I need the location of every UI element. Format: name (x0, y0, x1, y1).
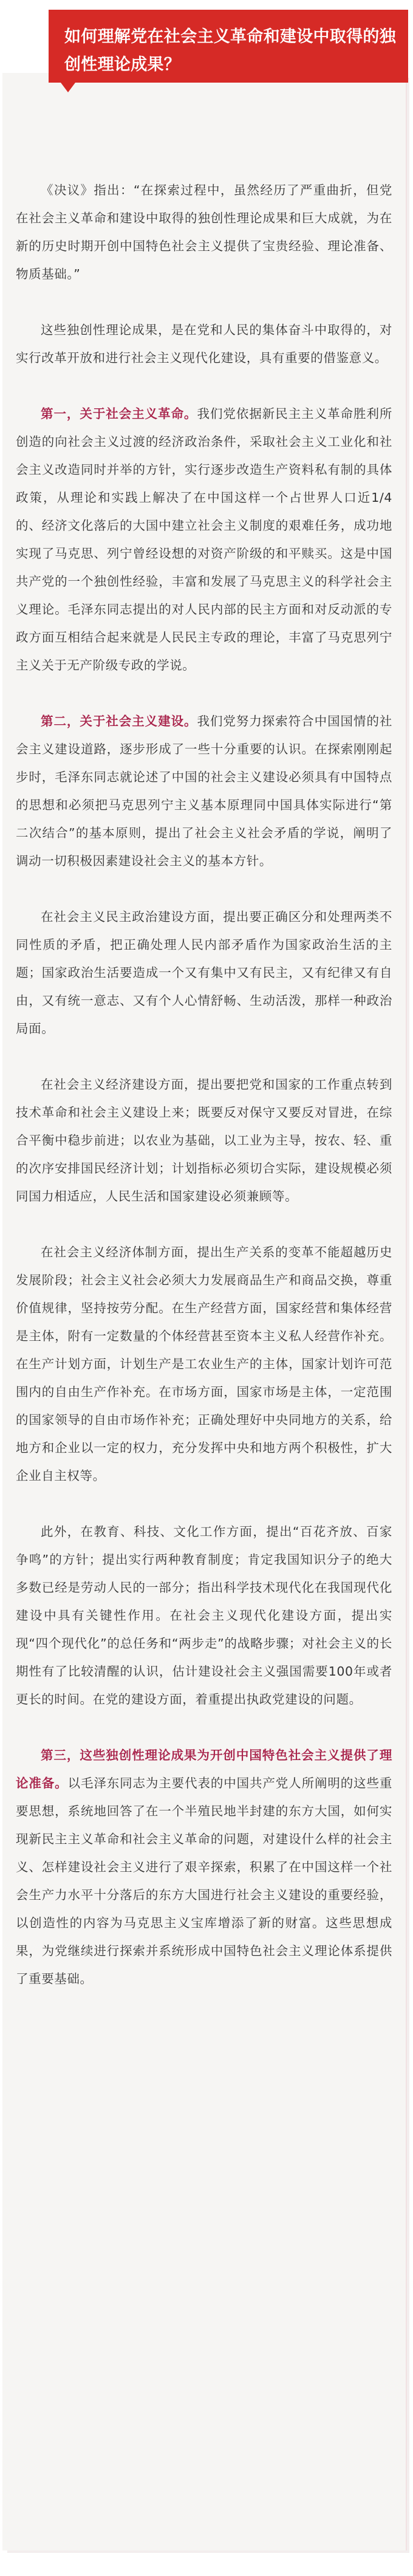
paragraph-text: 以毛泽东同志为主要代表的中国共产党人所阐明的这些重要思想，系统地回答了在一个半殖… (16, 1776, 392, 1986)
paragraph-economic-system: 在社会主义经济体制方面，提出生产关系的变革不能超越历史发展阶段；社会主义社会必须… (16, 1238, 392, 1490)
paragraph-lead: 第二，关于社会主义建设。 (41, 714, 197, 728)
header-pointer-icon (61, 83, 75, 92)
paragraph-first-revolution: 第一，关于社会主义革命。我们党依据新民主主义革命胜利所创造的向社会主义过渡的经济… (16, 400, 392, 679)
paragraph-text: 这些独创性理论成果，是在党和人民的集体奋斗中取得的，对实行改革开放和进行社会主义… (16, 323, 392, 365)
paragraph-text: 《决议》指出：“在探索过程中，虽然经历了严重曲折，但党在社会主义革命和建设中取得… (16, 183, 392, 281)
paragraph-quote: 《决议》指出：“在探索过程中，虽然经历了严重曲折，但党在社会主义革命和建设中取得… (16, 176, 392, 288)
paragraph-democracy: 在社会主义民主政治建设方面，提出要正确区分和处理两类不同性质的矛盾，把正确处理人… (16, 903, 392, 1043)
paragraph-significance: 这些独创性理论成果，是在党和人民的集体奋斗中取得的，对实行改革开放和进行社会主义… (16, 316, 392, 372)
paragraph-text: 在社会主义经济建设方面，提出要把党和国家的工作重点转到技术革命和社会主义建设上来… (16, 1077, 392, 1204)
article-body: 《决议》指出：“在探索过程中，虽然经历了严重曲折，但党在社会主义革命和建设中取得… (16, 176, 392, 2021)
paragraph-text: 在社会主义经济体制方面，提出生产关系的变革不能超越历史发展阶段；社会主义社会必须… (16, 1245, 392, 1483)
paragraph-second-construction: 第二，关于社会主义建设。我们党努力探索符合中国国情的社会主义建设道路，逐步形成了… (16, 707, 392, 875)
paragraph-third-theory: 第三，这些独创性理论成果为开创中国特色社会主义提供了理论准备。以毛泽东同志为主要… (16, 1741, 392, 1993)
paragraph-education-culture: 此外，在教育、科技、文化工作方面，提出“百花齐放、百家争鸣”的方针；提出实行两种… (16, 1518, 392, 1713)
question-header: 如何理解党在社会主义革命和建设中取得的独创性理论成果？ (49, 10, 408, 83)
paragraph-text: 我们党依据新民主主义革命胜利所创造的向社会主义过渡的经济政治条件，采取社会主义工… (16, 406, 392, 673)
page-title: 如何理解党在社会主义革命和建设中取得的独创性理论成果？ (64, 23, 396, 79)
paragraph-economic-construction: 在社会主义经济建设方面，提出要把党和国家的工作重点转到技术革命和社会主义建设上来… (16, 1070, 392, 1210)
paragraph-text: 我们党努力探索符合中国国情的社会主义建设道路，逐步形成了一些十分重要的认识。在探… (16, 714, 392, 868)
paragraph-text: 此外，在教育、科技、文化工作方面，提出“百花齐放、百家争鸣”的方针；提出实行两种… (16, 1524, 392, 1707)
paragraph-text: 在社会主义民主政治建设方面，提出要正确区分和处理两类不同性质的矛盾，把正确处理人… (16, 909, 392, 1036)
paragraph-lead: 第一，关于社会主义革命。 (41, 406, 197, 421)
